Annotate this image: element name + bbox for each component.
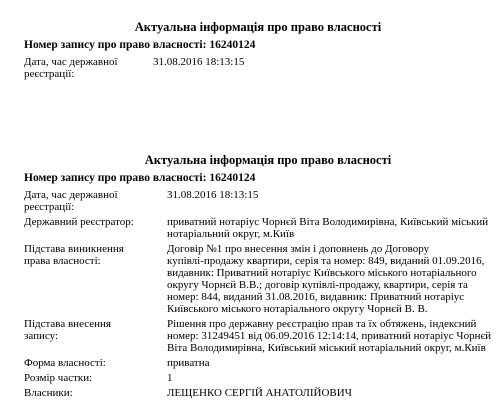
ownership-info-section-2: Актуальна інформація про право власності…	[24, 154, 492, 399]
field-label: Форма власності:	[24, 357, 167, 369]
row-record-entry-basis: Підстава внесення запису: Рішення про де…	[24, 318, 492, 354]
record-number-value: 16240124	[209, 39, 255, 51]
field-value: 31.08.2016 18:13:15	[167, 189, 492, 213]
record-number-value: 16240124	[209, 172, 255, 184]
record-number-line: Номер запису про право власності: 162401…	[24, 39, 492, 51]
field-label: Державний реєстратор:	[24, 216, 167, 240]
section-title: Актуальна інформація про право власності	[24, 21, 492, 34]
record-number-line: Номер запису про право власності: 162401…	[24, 172, 492, 184]
field-label: Підстава виникнення права власності:	[24, 243, 167, 315]
property-rights-extract-document: Актуальна інформація про право власності…	[0, 0, 500, 403]
row-registration-datetime: Дата, час державної реєстрації: 31.08.20…	[24, 56, 492, 80]
row-ownership-form: Форма власності: приватна	[24, 357, 492, 369]
field-value: Договір №1 про внесення змін і доповнень…	[167, 243, 492, 315]
field-value: Рішення про державну реєстрацію прав та …	[167, 318, 492, 354]
field-label: Підстава внесення запису:	[24, 318, 167, 354]
record-number-label: Номер запису про право власності:	[24, 172, 206, 184]
row-state-registrar: Державний реєстратор: приватний нотаріус…	[24, 216, 492, 240]
field-value: ЛЕЩЕНКО СЕРГІЙ АНАТОЛІЙОВИЧ	[167, 387, 492, 399]
field-label: Дата, час державної реєстрації:	[24, 189, 167, 213]
section-title: Актуальна інформація про право власності	[24, 154, 492, 167]
field-label: Дата, час державної реєстрації:	[24, 56, 153, 80]
record-number-label: Номер запису про право власності:	[24, 39, 206, 51]
row-registration-datetime: Дата, час державної реєстрації: 31.08.20…	[24, 189, 492, 213]
ownership-info-section-1: Актуальна інформація про право власності…	[24, 21, 492, 80]
field-label: Власники:	[24, 387, 167, 399]
field-label: Розмір частки:	[24, 372, 167, 384]
row-ownership-origin-basis: Підстава виникнення права власності: Дог…	[24, 243, 492, 315]
field-value: приватна	[167, 357, 492, 369]
row-owners: Власники: ЛЕЩЕНКО СЕРГІЙ АНАТОЛІЙОВИЧ	[24, 387, 492, 399]
field-value: 31.08.2016 18:13:15	[153, 56, 492, 80]
field-value: 1	[167, 372, 492, 384]
row-share-size: Розмір частки: 1	[24, 372, 492, 384]
field-value: приватний нотаріус Чорнєй Віта Володимир…	[167, 216, 492, 240]
